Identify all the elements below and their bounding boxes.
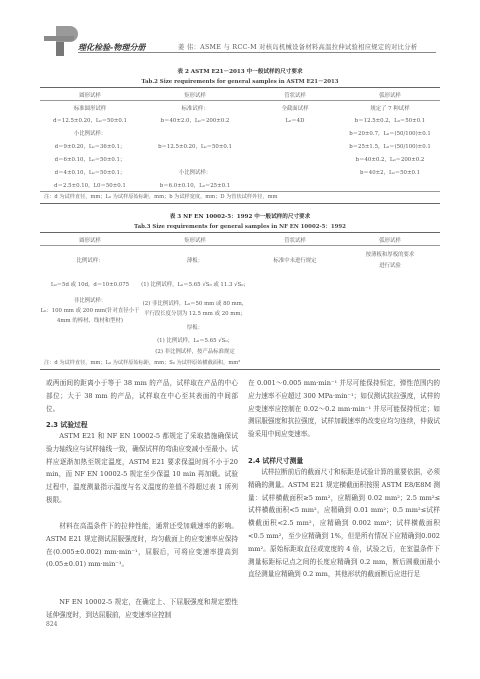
table3-header-rule [40, 245, 440, 246]
table2-cell: b＝40±0.2，L₀＝200±0.2 [340, 155, 440, 163]
table3-rect-line: (2) 非比例试样，L₀＝50 mm 或 80 mm， [140, 299, 250, 307]
table2-cell: 小比例试样： [40, 129, 140, 137]
table3-rect-line: (1) 比例试样，L₀＝5.65 √S₀ 或 11.3 √S₀； [140, 280, 250, 288]
table3-tube-cell: 标准中未进行规定 [250, 256, 340, 264]
table3-round-line: L₀＝5d 或 10d，d＝10±0.075 [40, 280, 140, 288]
body-left-para-1: ASTM E21 和 NF EN 10002-5 都规定了采取措施确保试验力轴线… [46, 430, 238, 507]
body-left-para-3: NF EN 10002-5 规定，在确定上、下屈服强度和规定塑性延伸强度时，到达… [46, 596, 238, 622]
table2-caption-cn: 表 2 ASTM E21－2013 中一般试样的尺寸要求 [0, 67, 480, 75]
table3-caption-en: Tab.3 Size requirements for general samp… [0, 222, 480, 230]
table3-round-line: 非比例试样： [40, 296, 140, 304]
page-number: 824 [46, 621, 57, 628]
table2-cell: d＝9±0.20，L₀＝36±0.1； [40, 142, 140, 150]
table2-cell: d＝2.5±0.10，L0＝50±0.1 [40, 181, 140, 189]
table2-note: 注：d 为试样直径，mm；L₀ 为试样原始标距，mm；b 为试样宽度，mm；D … [44, 193, 277, 200]
table3-caption-cn: 表 3 NF EN 10002-5：1992 中一般试样的尺寸要求 [0, 212, 480, 220]
table2-cell: b＝40±2，L₀＝50±0.1 [340, 168, 440, 176]
table2-cell: d＝12.5±0.20，L₀＝50±0.1 [40, 116, 140, 124]
table3-header-round: 圆形试样 [40, 236, 140, 244]
header-rule [78, 52, 436, 53]
table2-header-rule [40, 100, 440, 101]
table2-cell: 小比例试样： [140, 168, 250, 176]
table2-cell: 全截面试样 [250, 104, 340, 112]
table3-top-rule [40, 232, 440, 233]
body-right-para-0: 在 0.001～0.005 mm·min⁻¹ 并尽可能保持恒定，弹性范围内的应力… [248, 377, 440, 441]
table3-header-tube: 管状试样 [250, 236, 340, 244]
table2-cell: 标准圆形试样 [40, 104, 140, 112]
section-heading-2-3: 2.3 试验过程 [46, 419, 238, 429]
table2-cell: b＝6.0±0.10，L₀＝25±0.1 [140, 181, 250, 189]
table2-cell: d＝6±0.10，L₀＝50±0.1； [40, 155, 140, 163]
table3-rect-line: (2) 非比例试样，按产品标准规定 [140, 347, 250, 355]
table2-cell: b＝12.5±0.20，L₀＝50±0.1 [140, 142, 250, 150]
running-title: 姜 伟：ASME 与 RCC-M 对核岛机械设备材料高温拉伸试验相应规定的对比分… [178, 42, 417, 51]
table2-end-rule [40, 203, 440, 204]
table3-rect-line: 平行段长度分别为 12.5 mm 或 20 mm； [140, 309, 250, 317]
table3-header-rect: 矩形试样 [140, 236, 250, 244]
table3-arc-line: 进行试验 [340, 261, 440, 269]
body-left-para-0: 或两面间的距离小于等于 38 mm 的产品，试样取在产品的中心部位；大于 38 … [46, 377, 238, 415]
table2-header-tube: 管状试样 [250, 91, 340, 99]
table3-round-line: L₀：100 mm 或 200 mm(针对直径小于 [40, 306, 140, 314]
table2-cell: 标准试样： [140, 104, 250, 112]
table2-header-round: 圆形试样 [40, 91, 140, 99]
table3-round-line: 4mm 的棒材、线材和型材) [40, 316, 140, 324]
section-heading-2-4: 2.4 试样尺寸测量 [248, 455, 440, 465]
table2-cell: d＝4±0.10，L₀＝50±0.1； [40, 168, 140, 176]
table2-cell: b＝12.5±0.2，L₀＝50±0.1 [340, 116, 440, 124]
body-left-para-2: 材料在高温条件下的拉伸性能，通常还受加载速率的影响。ASTM E21 规定测试屈… [46, 520, 238, 571]
table3-note: 注：d 为试样直径，mm；L₀ 为试样原始标距，mm；S₀ 为试样原始横截面积，… [44, 359, 240, 366]
table2-header-arc: 弧形试样 [340, 91, 440, 99]
table2-top-rule [40, 87, 440, 88]
table3-header-arc: 弧形试样 [340, 236, 440, 244]
table2-cell: b＝20±0.7，L₀＝(50/100)±0.1 [340, 129, 440, 137]
journal-logo-icon [44, 22, 74, 56]
table2-header-rect: 矩形试样 [140, 91, 250, 99]
table2-caption-en: Tab.2 Size requirements for general samp… [0, 77, 480, 85]
table3-rect-line: 厚板： [140, 323, 250, 331]
table3-arc-line: 按薄板和厚板的要求 [340, 250, 440, 258]
table2-bottom-rule [40, 191, 440, 192]
table2-cell: 规定了 7 种试样 [340, 104, 440, 112]
table2-cell: b＝25±1.5，L₀＝(50/100)±0.1 [340, 142, 440, 150]
table3-rect-line: (1) 比例试样，L₀＝5.65 √S₀； [140, 336, 250, 344]
table2-cell: b＝40±2.0，L₀＝200±0.2 [140, 116, 250, 124]
table3-round-line: 比例试样： [40, 256, 140, 264]
table2-cell: L₀＝4D [250, 116, 340, 124]
table3-rect-line: 薄板： [140, 256, 250, 264]
body-right-para-1: 试样拉断前后的截面尺寸和标距是试验计算的重要依据，必须精确的测量。ASTM E2… [248, 466, 440, 581]
table3-bottom-rule [40, 369, 440, 370]
